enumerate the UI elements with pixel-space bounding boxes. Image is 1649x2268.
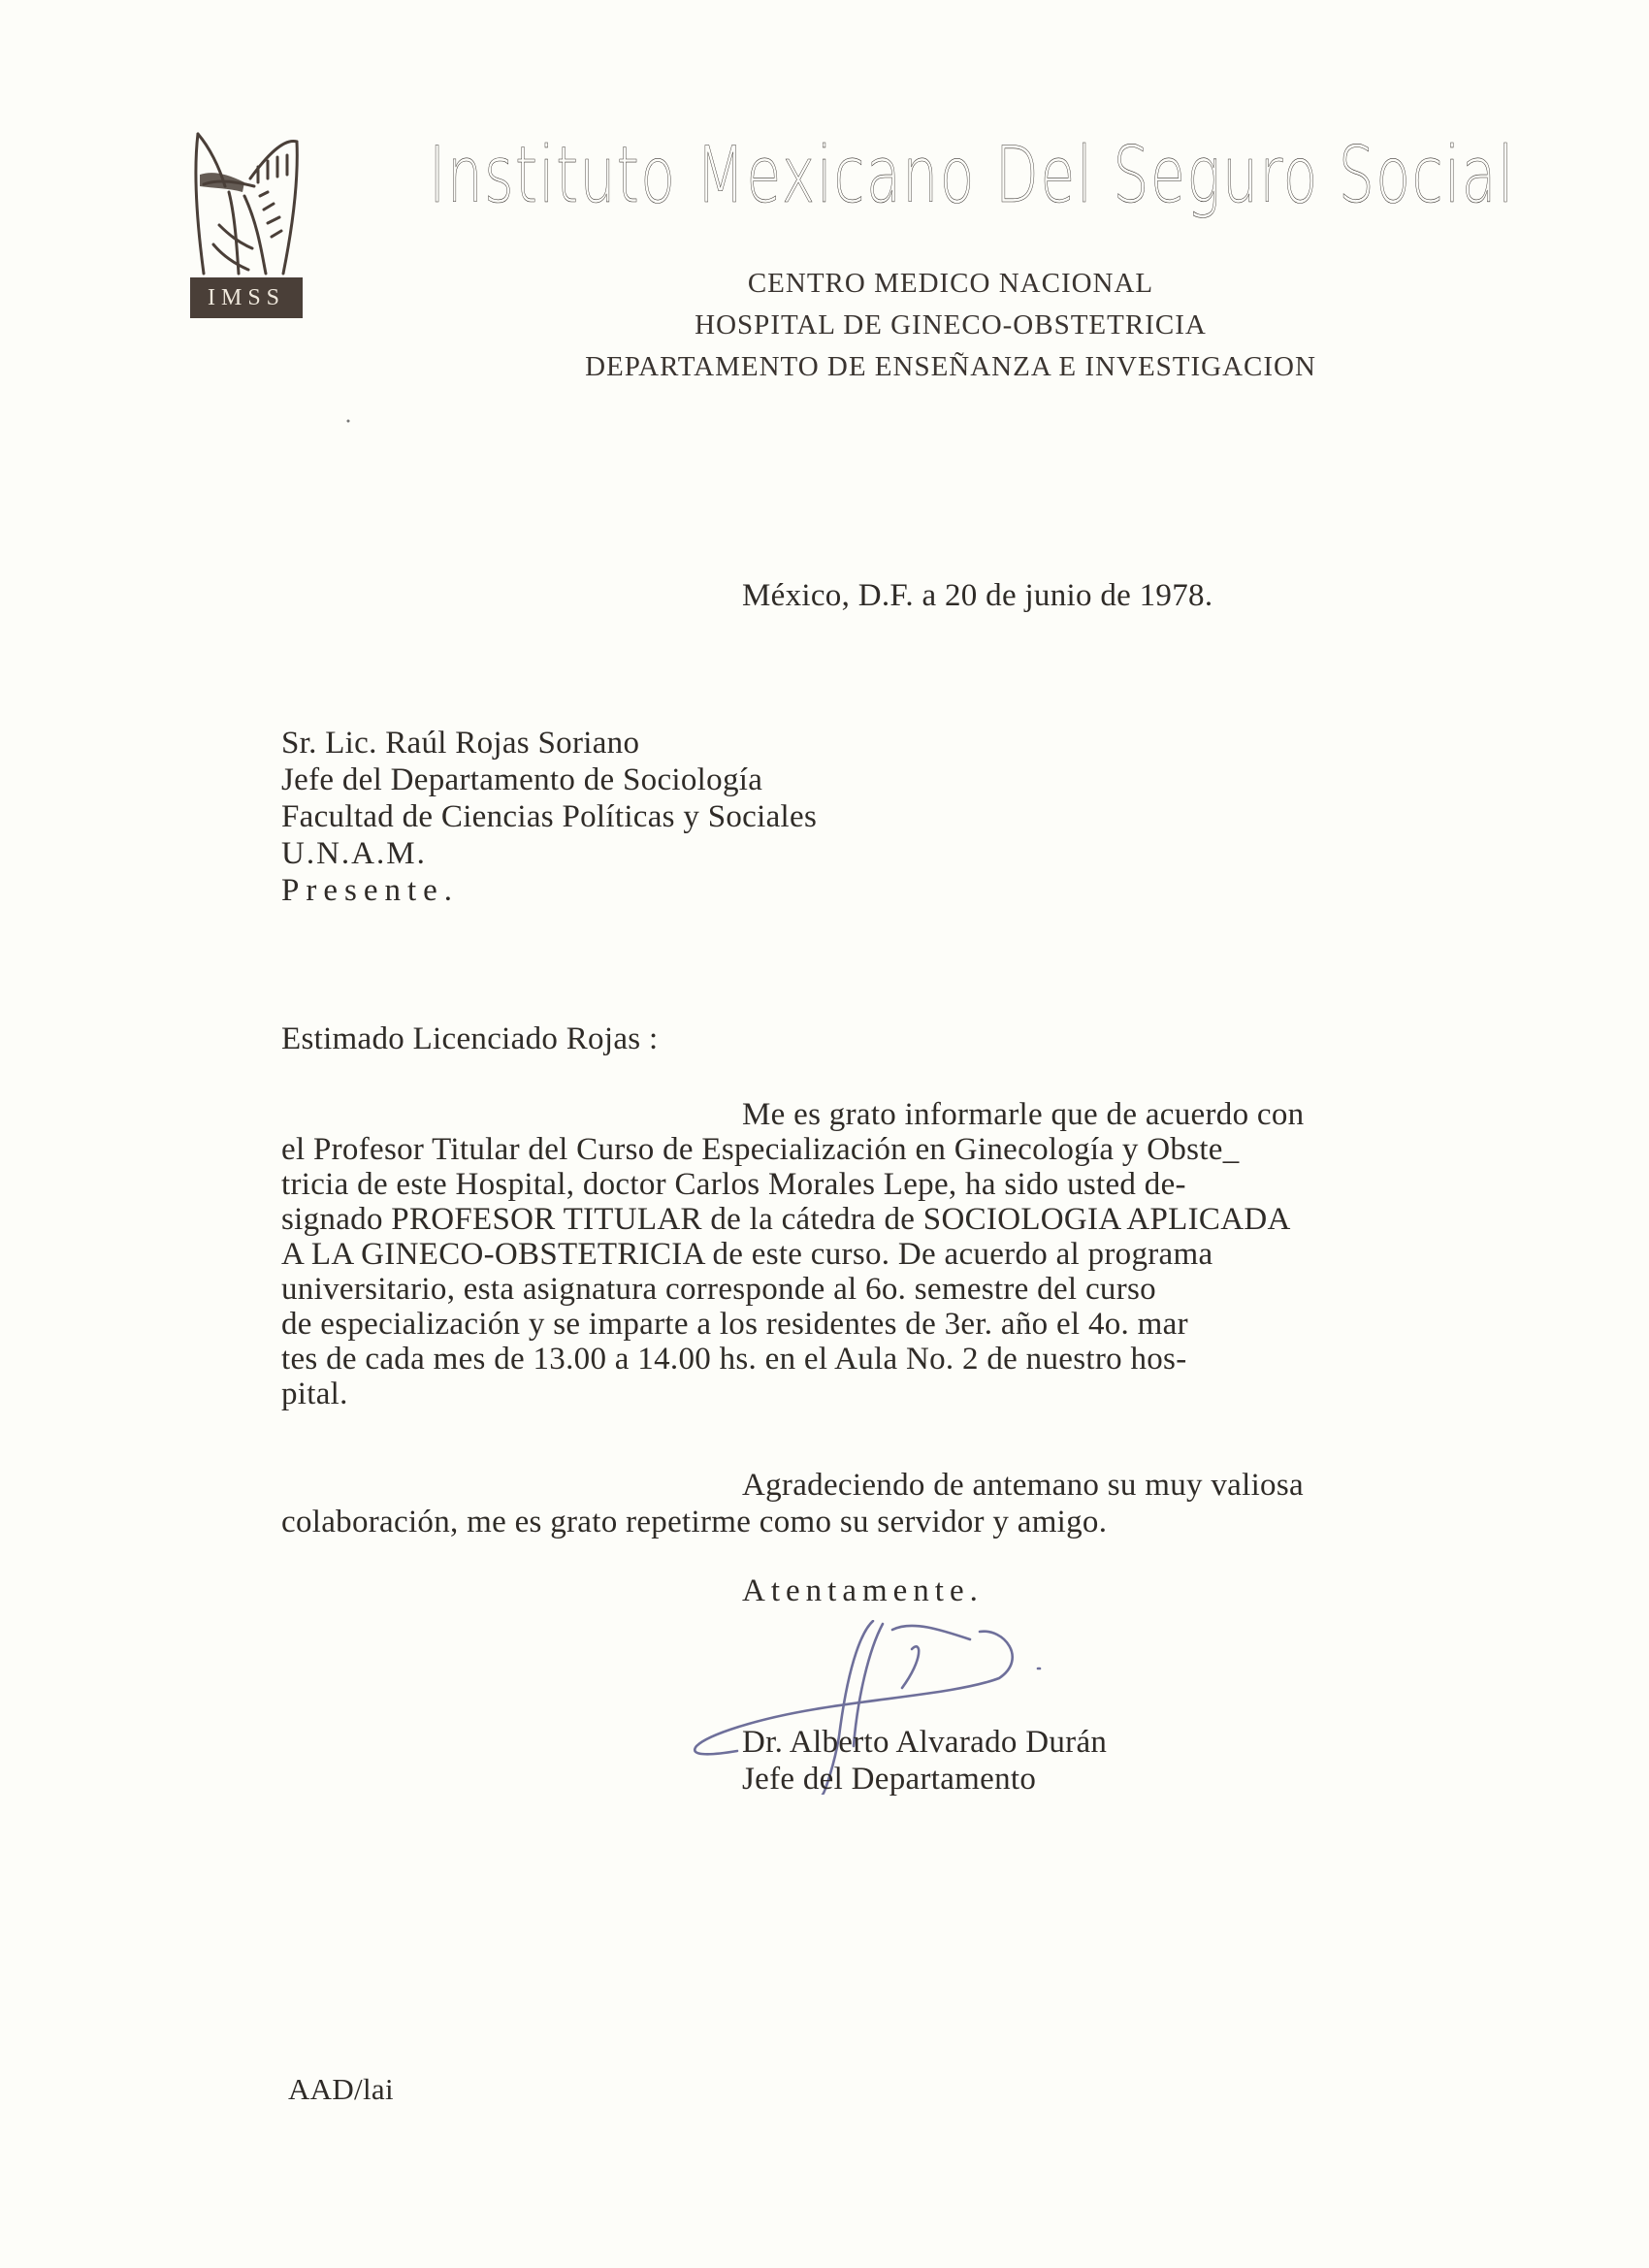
body-line: tricia de este Hospital, doctor Carlos M…: [281, 1167, 1426, 1203]
body-line: signado PROFESOR TITULAR de la cátedra d…: [281, 1202, 1426, 1238]
institution-title: Instituto Mexicano Del Seguro Social: [429, 132, 1193, 219]
signer-title: Jefe del Departamento: [742, 1762, 1036, 1798]
body-line: universitario, esta asignatura correspon…: [281, 1272, 1426, 1308]
recipient-name: Sr. Lic. Raúl Rojas Soriano: [281, 726, 639, 761]
closing-line: Agradeciendo de antemano su muy valiosa: [742, 1468, 1304, 1504]
recipient-presente: Presente.: [281, 873, 459, 909]
valediction: Atentamente.: [742, 1573, 984, 1609]
salutation: Estimado Licenciado Rojas :: [281, 1021, 658, 1057]
reference-initials: AAD/lai: [288, 2072, 394, 2107]
closing-line: colaboración, me es grato repetirme como…: [281, 1505, 1107, 1540]
eagle-icon: [190, 128, 303, 279]
recipient-title: Jefe del Departamento de Sociología: [281, 762, 762, 798]
body-line: A LA GINECO-OBSTETRICIA de este curso. D…: [281, 1237, 1426, 1273]
department-line: HOSPITAL DE GINECO-OBSTETRICIA: [504, 309, 1397, 341]
date-line: México, D.F. a 20 de junio de 1978.: [742, 578, 1212, 614]
body-line: Me es grato informarle que de acuerdo co…: [742, 1097, 1649, 1133]
imss-logo: IMSS: [190, 128, 303, 318]
body-line: el Profesor Titular del Curso de Especia…: [281, 1132, 1426, 1168]
department-line: DEPARTAMENTO DE ENSEÑANZA E INVESTIGACIO…: [504, 351, 1397, 383]
body-line: de especialización y se imparte a los re…: [281, 1307, 1426, 1343]
logo-plate: IMSS: [190, 277, 303, 318]
body-line: pital.: [281, 1377, 1426, 1412]
recipient-university: U.N.A.M.: [281, 836, 427, 872]
body-line: tes de cada mes de 13.00 a 14.00 hs. en …: [281, 1342, 1426, 1377]
department-line: CENTRO MEDICO NACIONAL: [504, 268, 1397, 300]
paper-speck: [345, 418, 351, 424]
signer-name: Dr. Alberto Alvarado Durán: [742, 1725, 1107, 1761]
recipient-faculty: Facultad de Ciencias Políticas y Sociale…: [281, 799, 817, 835]
